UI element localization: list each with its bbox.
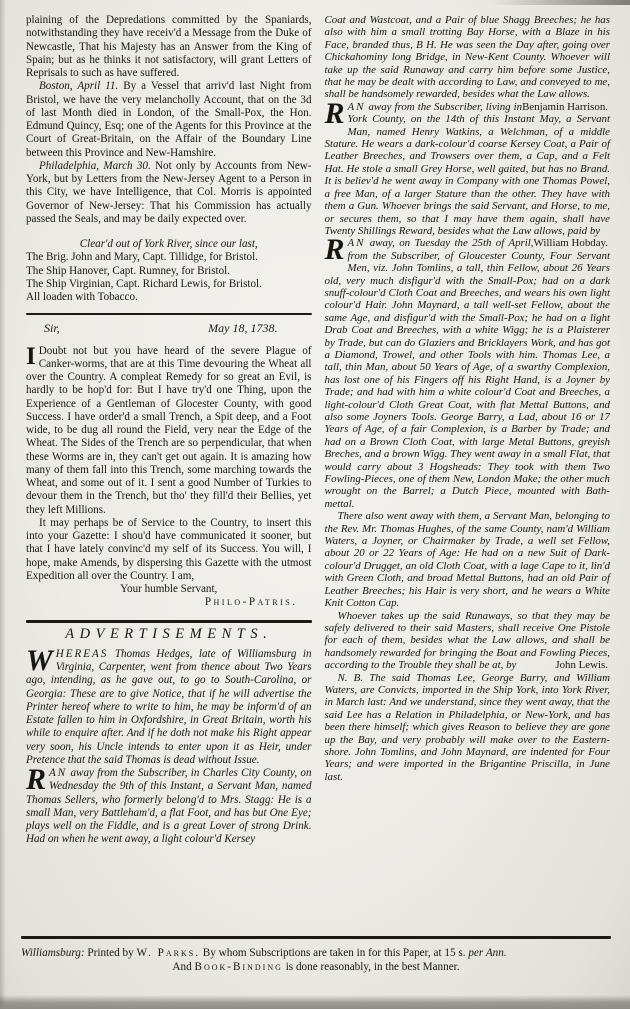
advertisements-heading: ADVERTISEMENTS. xyxy=(26,628,312,641)
letter-paragraph-2: It may perhaps be of Service to the Coun… xyxy=(26,517,312,583)
whereas-body: Thomas Hedges, late of Williamsburg in V… xyxy=(26,648,312,766)
scan-edge-artifact xyxy=(0,0,6,1009)
shipping-heading: Clear'd out of York River, since our las… xyxy=(26,238,312,251)
scan-edge-artifact xyxy=(0,995,630,1009)
shipping-line: All loaden with Tobacco. xyxy=(26,291,312,304)
imprint-per-annum: per Ann. xyxy=(468,947,506,959)
letter-salutation: Sir, xyxy=(44,322,60,335)
news-philadelphia-paragraph: Philadelphia, March 30. Not only by Acco… xyxy=(26,160,312,226)
letter-header: Sir, May 18, 1738. xyxy=(26,322,312,335)
imprint-line-2: And Book-Binding is done reasonably, in … xyxy=(21,960,611,974)
imprint-printer-name: W. Parks. xyxy=(137,947,200,959)
letter-closing: Your humble Servant, xyxy=(26,583,312,596)
shipping-clearances-section: Clear'd out of York River, since our las… xyxy=(26,238,312,304)
letter-body-1: Doubt not but you have heard of the seve… xyxy=(26,345,312,516)
ran-sellers-continuation-body: Coat and Wastcoat, and a Pair of blue Sh… xyxy=(325,14,611,100)
footer-rule xyxy=(21,936,611,939)
philadelphia-dateline: Philadelphia, March 30. xyxy=(39,160,151,172)
ran-lead: AN xyxy=(49,767,67,779)
ad-waters-paragraph: There also went away with them, a Servan… xyxy=(325,510,611,609)
letter-paragraph-1: IDoubt not but you have heard of the sev… xyxy=(26,345,312,517)
imprint-line-1: Williamsburg: Printed by W. Parks. By wh… xyxy=(21,946,611,960)
ran-lead: AN xyxy=(348,237,366,249)
advertisements-divider-rule xyxy=(26,620,312,623)
lewis-signature: John Lewis. xyxy=(542,659,610,671)
ran-sellers-body: away from the Subscriber, in Charles Cit… xyxy=(26,767,312,845)
whereas-lead: HEREAS xyxy=(56,648,109,660)
ad-runaway-sellers: RAN away from the Subscriber, in Charles… xyxy=(26,767,312,847)
news-continuation-paragraph: plaining of the Depredations committed b… xyxy=(26,14,312,80)
letter-signature: Philo-Patris. xyxy=(26,596,312,609)
boston-dateline: Boston, April 11. xyxy=(39,80,118,92)
shipping-line: The Ship Virginian, Capt. Richard Lewis,… xyxy=(26,278,312,291)
imprint-subscriptions: By whom Subscriptions are taken in for t… xyxy=(203,947,466,959)
whereas-dropcap: W xyxy=(26,648,56,673)
ad-runaway-sellers-continuation: Coat and Wastcoat, and a Pair of blue Sh… xyxy=(325,14,611,101)
imprint-printed-by: Printed by xyxy=(87,947,133,959)
ran-four-body: away, on Tuesday the 25th of April, from… xyxy=(325,237,611,510)
letter-dropcap: I xyxy=(26,345,39,367)
ran-dropcap: R xyxy=(325,237,348,262)
imprint-and: And xyxy=(172,961,191,973)
section-divider-rule xyxy=(26,313,312,315)
ran-lead: AN xyxy=(348,101,366,113)
imprint-place: Williamsburg: xyxy=(21,947,85,959)
imprint-footer: Williamsburg: Printed by W. Parks. By wh… xyxy=(21,936,611,974)
newspaper-page: plaining of the Depredations committed b… xyxy=(0,0,630,920)
shipping-line: The Ship Hanover, Capt. Rumney, for Bris… xyxy=(26,265,312,278)
scan-edge-artifact xyxy=(490,0,630,5)
harrison-signature: Benjamin Harrison. xyxy=(522,101,610,113)
right-column: Coat and Wastcoat, and a Pair of blue Sh… xyxy=(325,14,611,920)
ad-whereas-hedges: WHEREAS Thomas Hedges, late of Williamsb… xyxy=(26,648,312,767)
news-boston-paragraph: Boston, April 11. By a Vessel that arriv… xyxy=(26,80,312,160)
ran-watkins-body: away from the Subscriber, living in York… xyxy=(325,101,611,237)
ad-nota-bene-paragraph: N. B. The said Thomas Lee, George Barry,… xyxy=(325,672,611,784)
hobday-signature: William Hobday. xyxy=(534,237,610,249)
ran-dropcap: R xyxy=(325,101,348,126)
ad-runaway-four-servants: RAN away, on Tuesday the 25th of April, … xyxy=(325,237,611,510)
ad-runaway-watkins: RAN away from the Subscriber, living in … xyxy=(325,101,611,237)
letter-date: May 18, 1738. xyxy=(208,322,277,335)
imprint-bookbinding: Book-Binding xyxy=(194,961,282,973)
imprint-bookbinding-rest: is done reasonably, in the best Manner. xyxy=(286,961,460,973)
left-column: plaining of the Depredations committed b… xyxy=(26,14,312,920)
ad-reward-paragraph: Whoever takes up the said Runaways, so t… xyxy=(325,610,611,672)
shipping-line: The Brig. John and Mary, Capt. Tillidge,… xyxy=(26,251,312,264)
ran-dropcap: R xyxy=(26,767,49,792)
